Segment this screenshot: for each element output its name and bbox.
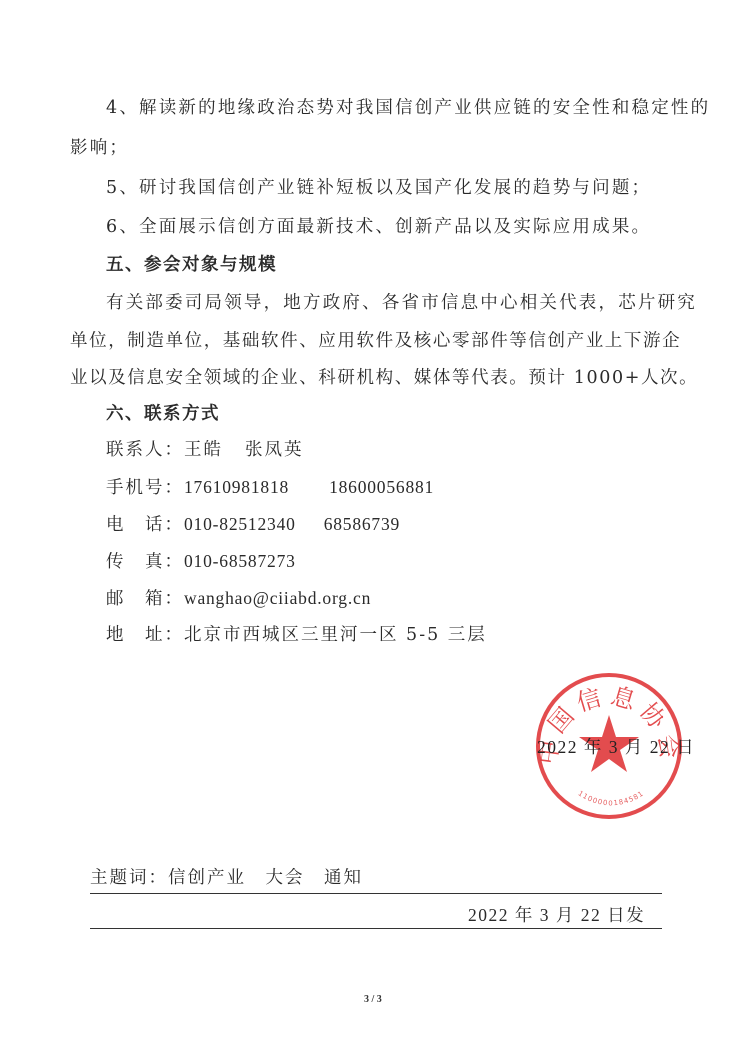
issue-date: 2022 年 3 月 22 日发 bbox=[468, 903, 645, 927]
section-5-line-1: 有关部委司局领导，地方政府、各省市信息中心相关代表，芯片研究 bbox=[106, 291, 697, 315]
contact-people-row: 联系人：王皓张凤英 bbox=[106, 438, 304, 462]
contact-phone-row: 电 话：010-8251234068586739 bbox=[106, 512, 400, 537]
section-5-heading: 五、参会对象与规模 bbox=[106, 253, 277, 277]
contact-phone-value-2: 68586739 bbox=[324, 514, 400, 534]
contact-phone-label: 电 话： bbox=[106, 513, 184, 537]
item-5: 5、研讨我国信创产业链补短板以及国产化发展的趋势与问题； bbox=[106, 176, 651, 200]
contact-address-value: 北京市西城区三里河一区 5-5 三层 bbox=[184, 625, 487, 645]
section-6-heading: 六、联系方式 bbox=[106, 402, 220, 426]
contact-mobile-value: 17610981818 bbox=[184, 477, 289, 497]
footer-rule-top bbox=[90, 893, 662, 894]
contact-fax-row: 传 真：010-68587273 bbox=[106, 549, 296, 574]
contact-fax-label: 传 真： bbox=[106, 550, 184, 574]
contact-people-value: 王皓 bbox=[184, 440, 223, 460]
section-5-line-2: 单位，制造单位，基础软件、应用软件及核心零部件等信创产业上下游企 bbox=[70, 329, 681, 353]
contact-mobile-row: 手机号：1761098181818600056881 bbox=[106, 475, 434, 500]
item-4-line-1: 4、解读新的地缘政治态势对我国信创产业供应链的安全性和稳定性的 bbox=[106, 96, 710, 120]
contact-people-label: 联系人： bbox=[106, 438, 184, 462]
item-6: 6、全面展示信创方面最新技术、创新产品以及实际应用成果。 bbox=[106, 215, 651, 239]
svg-text:1100000184581: 1100000184581 bbox=[577, 789, 646, 807]
keywords-line: 主题词：信创产业 大会 通知 bbox=[90, 866, 363, 890]
contact-phone-value: 010-82512340 bbox=[184, 514, 296, 534]
contact-email-value[interactable]: wanghao@ciiabd.org.cn bbox=[184, 588, 371, 608]
signature-date: 2022 年 3 月 22 日 bbox=[537, 734, 695, 759]
contact-fax-value: 010-68587273 bbox=[184, 551, 296, 571]
item-4-line-2: 影响； bbox=[70, 136, 129, 160]
page-number: 3 / 3 bbox=[364, 994, 382, 1005]
contact-address-label: 地 址： bbox=[106, 623, 184, 647]
contact-mobile-label: 手机号： bbox=[106, 476, 184, 500]
contact-email-row: 邮 箱：wanghao@ciiabd.org.cn bbox=[106, 586, 371, 611]
contact-mobile-value-2: 18600056881 bbox=[329, 477, 434, 497]
contact-email-label: 邮 箱： bbox=[106, 587, 184, 611]
footer-rule-bottom bbox=[90, 928, 662, 929]
contact-address-row: 地 址：北京市西城区三里河一区 5-5 三层 bbox=[106, 623, 487, 647]
section-5-line-3: 业以及信息安全领域的企业、科研机构、媒体等代表。预计 1000+人次。 bbox=[70, 366, 698, 390]
contact-people-value-2: 张凤英 bbox=[245, 440, 304, 460]
